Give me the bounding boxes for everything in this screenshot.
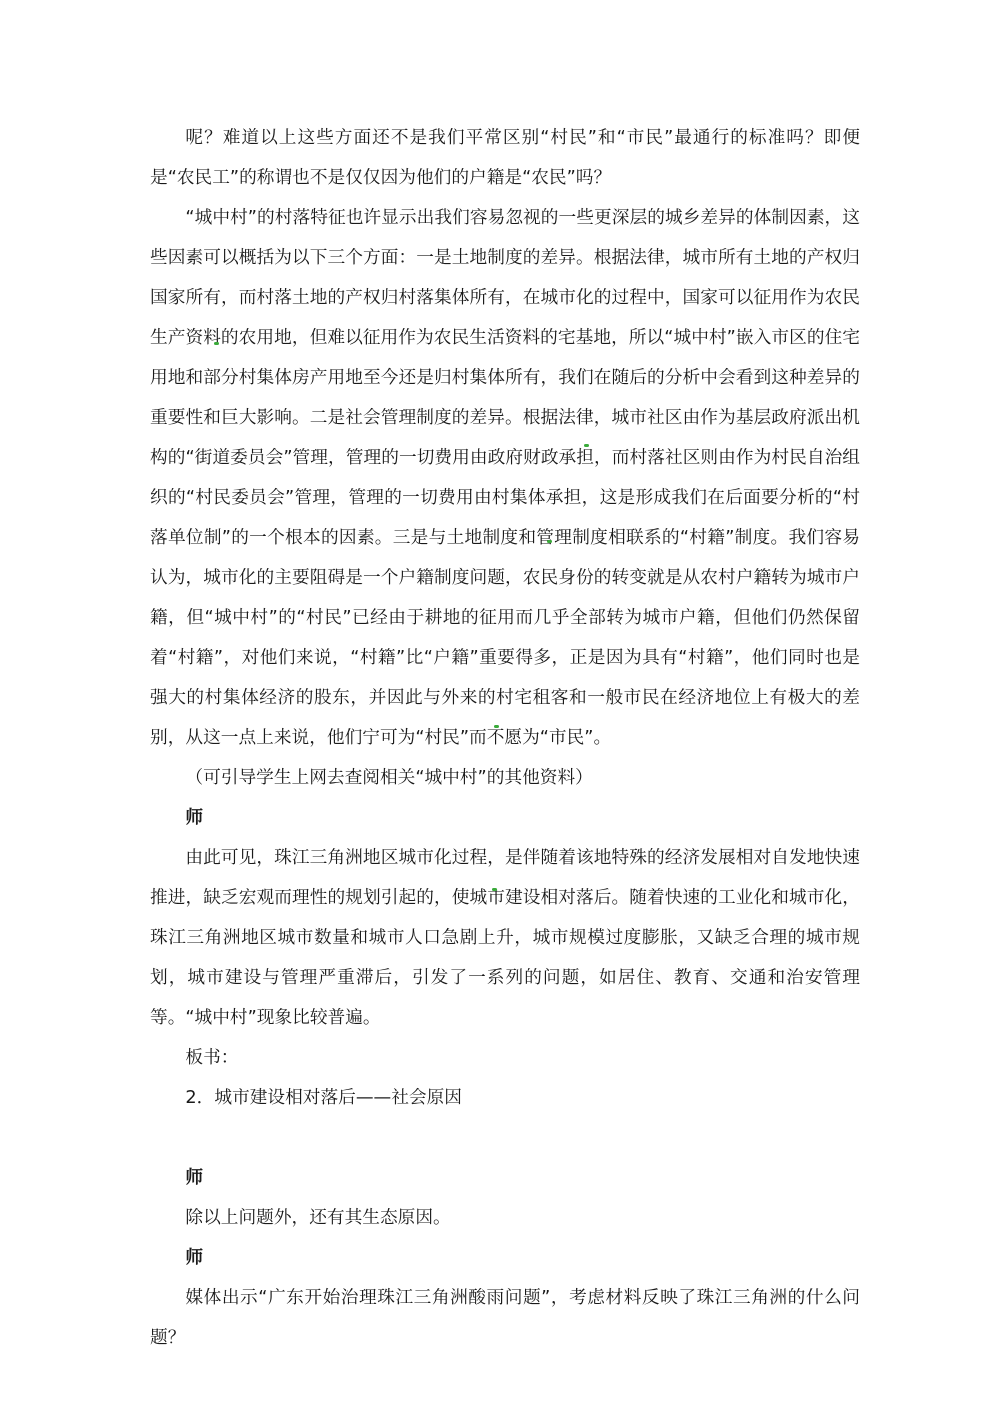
paragraph-spacer [150,1118,860,1158]
spellcheck-mark-icon [584,444,589,447]
document-page: 呢？难道以上这些方面还不是我们平常区别“村民”和“市民”最通行的标准吗？即便是“… [0,0,1000,1414]
document-body: 呢？难道以上这些方面还不是我们平常区别“村民”和“市民”最通行的标准吗？即便是“… [150,118,860,1358]
spellcheck-mark-icon [214,342,219,345]
paragraph-body-continuation: 呢？难道以上这些方面还不是我们平常区别“村民”和“市民”最通行的标准吗？即便是“… [150,118,860,198]
spellcheck-mark-icon [547,540,552,543]
paragraph-board-note-label: 板书： [150,1038,860,1078]
paragraph-body: 媒体出示“广东开始治理珠江三角洲酸雨问题”，考虑材料反映了珠江三角洲的什么问题？ [150,1278,860,1358]
paragraph-outline-item: 2．城市建设相对落后——社会原因 [150,1078,860,1118]
spellcheck-mark-icon [492,888,497,891]
paragraph-body: “城中村”的村落特征也许显示出我们容易忽视的一些更深层的城乡差异的体制因素，这些… [150,198,860,758]
paragraph-body: 除以上问题外，还有其生态原因。 [150,1198,860,1238]
paragraph-speaker-label: 师 [150,1158,860,1198]
paragraph-parenthetical-note: （可引导学生上网去查阅相关“城中村”的其他资料） [150,758,860,798]
paragraph-speaker-label: 师 [150,798,860,838]
paragraph-body: 由此可见，珠江三角洲地区城市化过程，是伴随着该地特殊的经济发展相对自发地快速推进… [150,838,860,1038]
paragraph-speaker-label: 师 [150,1238,860,1278]
spellcheck-mark-icon [494,725,499,728]
